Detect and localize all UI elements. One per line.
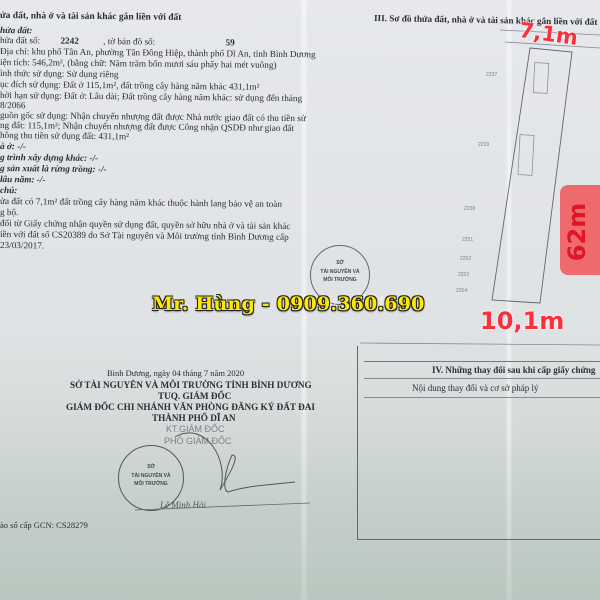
neighbor-parcel: 2254 xyxy=(456,288,467,294)
neighbor-parcel: 2239 xyxy=(478,142,489,148)
changes-title: IV. Những thay đổi sau khi cấp giấy chứn… xyxy=(364,362,600,379)
changes-column-header: Nội dung thay đổi và cơ sở pháp lý xyxy=(364,379,600,398)
dimension-bottom-label: 10,1m xyxy=(480,307,564,335)
neighbor-parcel: 2252 xyxy=(460,256,471,262)
changes-table: IV. Những thay đổi sau khi cấp giấy chứn… xyxy=(364,361,600,398)
neighbor-parcel: 2237 xyxy=(486,72,497,78)
neighbor-parcel: 2253 xyxy=(458,272,469,278)
contact-overlay: Mr. Hùng - 0909.360.690 xyxy=(152,293,425,315)
signature-stroke xyxy=(175,433,295,492)
neighbor-parcel: 2251 xyxy=(462,237,473,243)
neighbor-parcel: 2238 xyxy=(464,206,475,212)
dimension-side-label: 62m xyxy=(563,203,591,261)
